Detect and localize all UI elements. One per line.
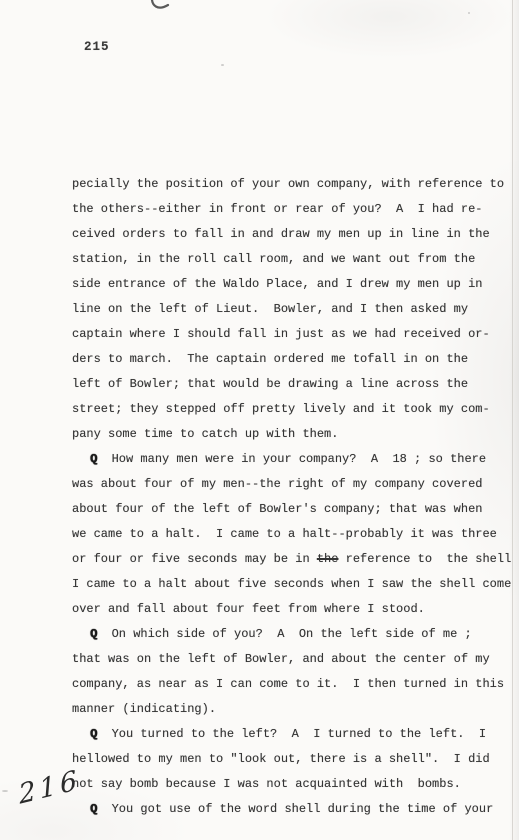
text-line: I came to a halt about five seconds when… <box>72 572 512 597</box>
question-glyph: Q <box>90 727 97 741</box>
text-line: side entrance of the Waldo Place, and I … <box>72 272 512 297</box>
struck-out-word: the <box>317 552 339 566</box>
typewritten-lines: pecially the position of your own compan… <box>72 172 512 822</box>
text-line: ders to march. The captain ordered me to… <box>72 347 512 372</box>
document-page: 215 pecially the position of your own co… <box>0 0 519 840</box>
text-line: pany some time to catch up with them. <box>72 422 512 447</box>
text-line: over and fall about four feet from where… <box>72 597 512 622</box>
text-line: street; they stepped off pretty lively a… <box>72 397 512 422</box>
text-line: about four of the left of Bowler's compa… <box>72 497 512 522</box>
text-line: line on the left of Lieut. Bowler, and I… <box>72 297 512 322</box>
text-line: ceived orders to fall in and draw my men… <box>72 222 512 247</box>
question-glyph: Q <box>90 452 97 466</box>
text-line: the others--either in front or rear of y… <box>72 197 512 222</box>
text-line: Q How many men were in your company? A 1… <box>72 447 512 472</box>
text-line: was about four of my men--the right of m… <box>72 472 512 497</box>
text-line: pecially the position of your own compan… <box>72 172 512 197</box>
text-line: that was on the left of Bowler, and abou… <box>72 647 512 672</box>
question-glyph: Q <box>90 627 97 641</box>
text-line: Q You got use of the word shell during t… <box>72 797 512 822</box>
text-line: or four or five seconds may be in the re… <box>72 547 512 572</box>
paper-speck <box>2 790 8 792</box>
paper-speck <box>221 64 224 66</box>
question-glyph: Q <box>90 802 97 816</box>
paper-edge-crease <box>512 0 513 840</box>
text-line: station, in the roll call room, and we w… <box>72 247 512 272</box>
text-line: we came to a halt. I came to a halt--pro… <box>72 522 512 547</box>
text-line: left of Bowler; that would be drawing a … <box>72 372 512 397</box>
text-line: company, as near as I can come to it. I … <box>72 672 512 697</box>
text-line: Q On which side of you? A On the left si… <box>72 622 512 647</box>
text-line: captain where I should fall in just as w… <box>72 322 512 347</box>
text-line: Q You turned to the left? A I turned to … <box>72 722 512 747</box>
paper-speck <box>468 12 470 14</box>
handwritten-stroke-icon <box>148 0 178 16</box>
page-number: 215 <box>84 40 110 54</box>
text-line: manner (indicating). <box>72 697 512 722</box>
text-line: hellowed to my men to "look out, there i… <box>72 747 512 772</box>
text-line: not say bomb because I was not acquainte… <box>72 772 512 797</box>
